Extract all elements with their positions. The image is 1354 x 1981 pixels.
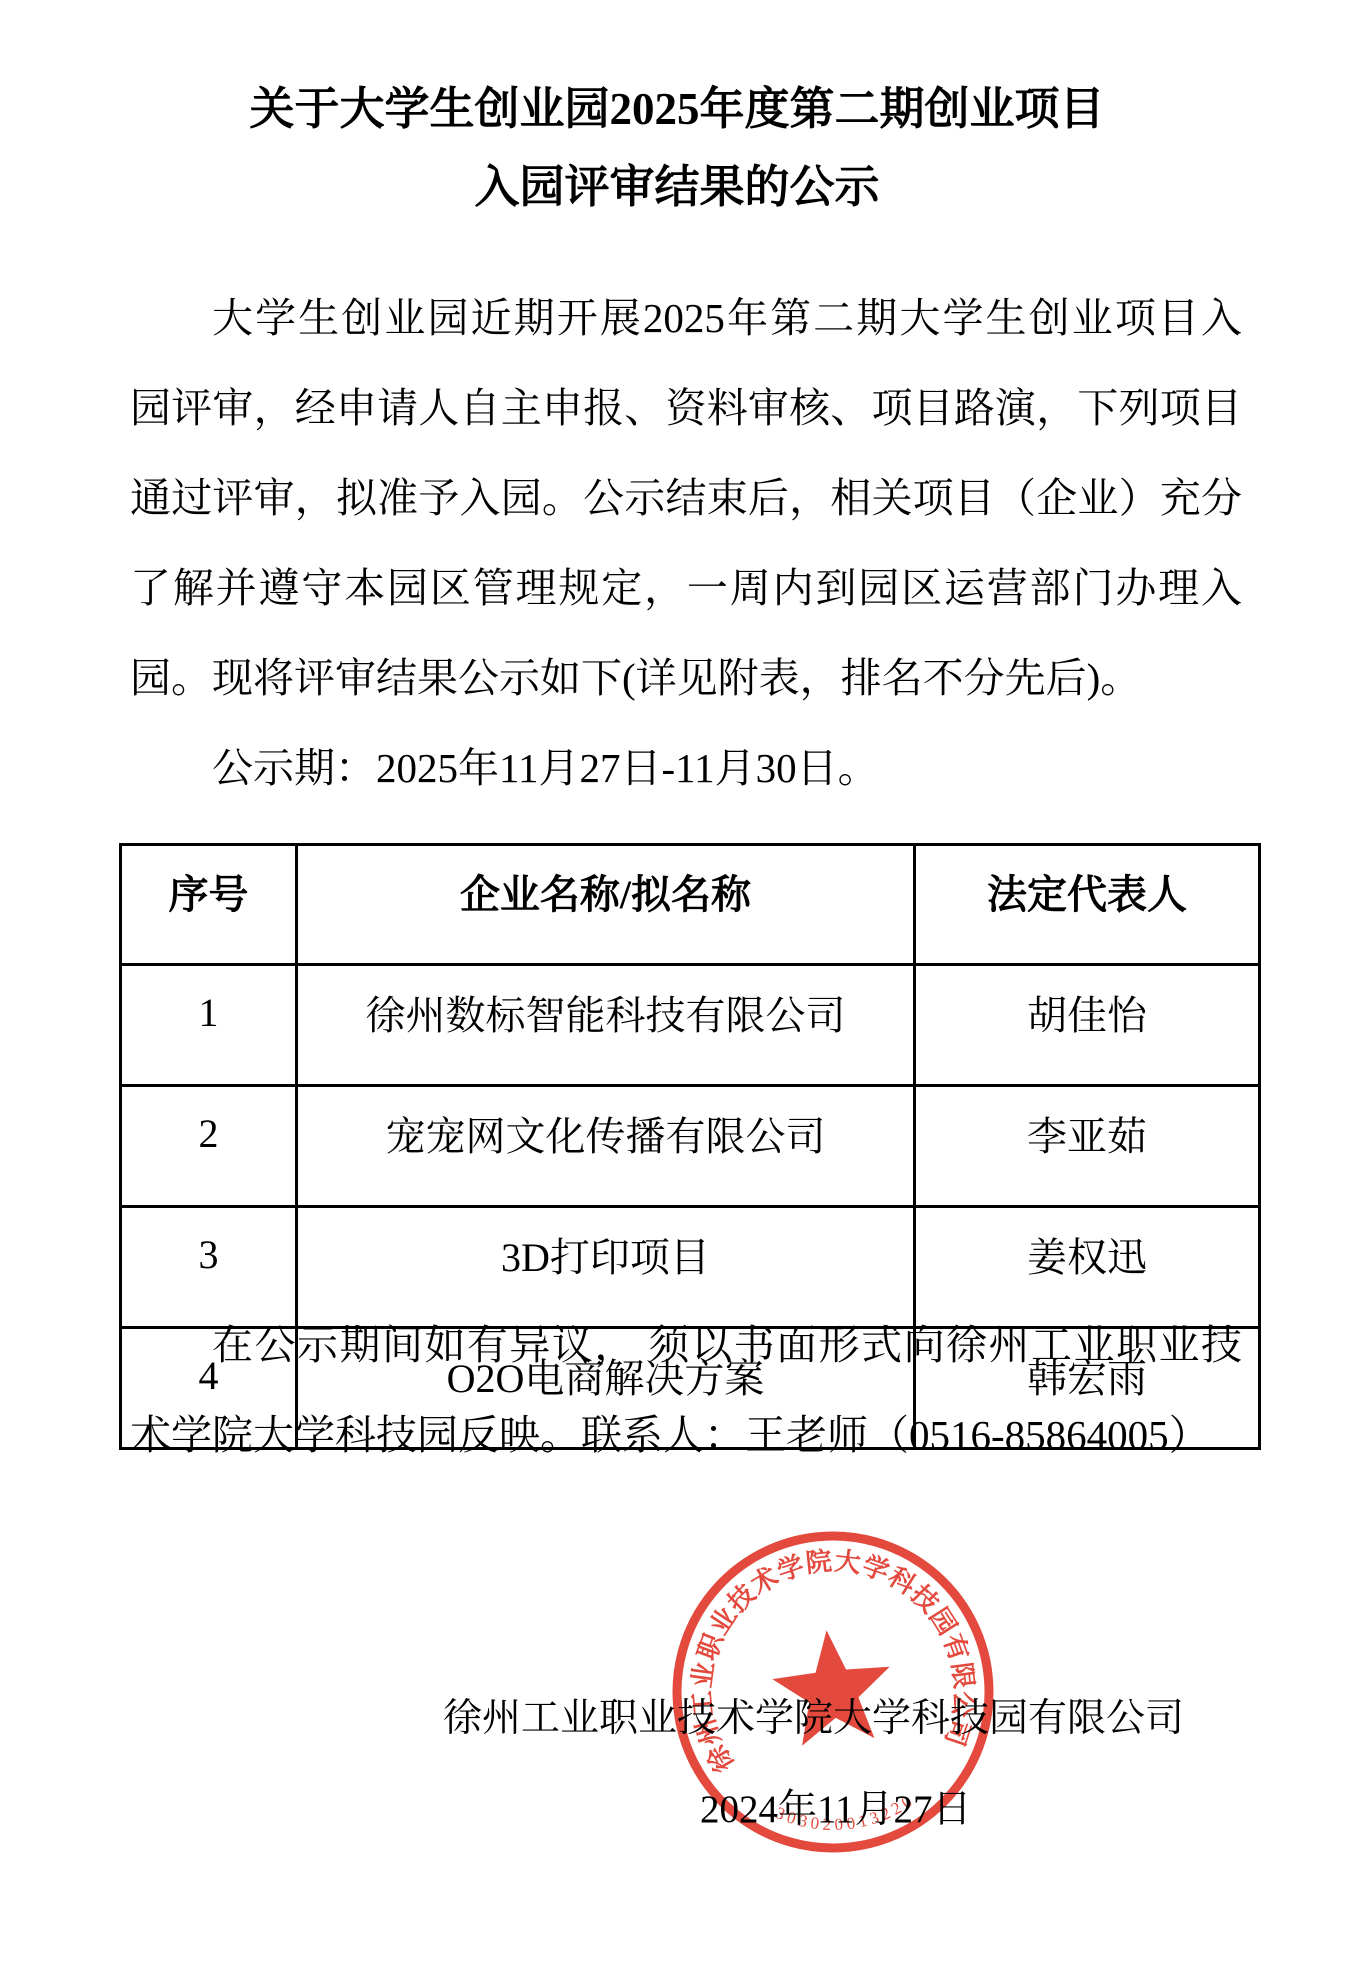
- cell-legal-representative: 李亚茹: [915, 1086, 1260, 1207]
- paragraph1-line1: 大学生创业园近期开展2025年第二期大学生创业项目入: [130, 273, 1242, 363]
- closing-line1: 在公示期间如有异议， 须以书面形式向徐州工业职业技: [130, 1300, 1242, 1390]
- announcement-document: 关于大学生创业园2025年度第二期创业项目 入园评审结果的公示 大学生创业园近期…: [0, 0, 1354, 1981]
- seal-group: 徐州工业职业技术学院大学科技园有限公司 303020013220: [663, 1522, 1003, 1862]
- title-line-2: 入园评审结果的公示: [121, 148, 1233, 226]
- table-row: 2 宠宠网文化传播有限公司 李亚茹: [121, 1086, 1260, 1207]
- title-line-1: 关于大学生创业园2025年度第二期创业项目: [121, 70, 1233, 148]
- cell-company-name: 徐州数标智能科技有限公司: [297, 965, 915, 1086]
- star-icon: [768, 1624, 897, 1748]
- page-title: 关于大学生创业园2025年度第二期创业项目 入园评审结果的公示: [121, 70, 1233, 226]
- cell-serial-number: 1: [121, 965, 297, 1086]
- publicity-period-line: 公示期：2025年11月27日-11月30日。: [130, 723, 1242, 813]
- cell-legal-representative: 胡佳怡: [915, 965, 1260, 1086]
- paragraph1-line4: 了解并遵守本园区管理规定，一周内到园区运营部门办理入: [130, 543, 1242, 633]
- closing-line2: 术学院大学科技园反映。联系人：王老师（0516-85864005）: [130, 1390, 1242, 1480]
- paragraph1-line3: 通过评审，拟准予入园。公示结束后，相关项目（企业）充分: [130, 453, 1242, 543]
- header-serial-number: 序号: [121, 845, 297, 965]
- official-seal: 徐州工业职业技术学院大学科技园有限公司 303020013220: [663, 1522, 1003, 1862]
- table-header-row: 序号 企业名称/拟名称 法定代表人: [121, 845, 1260, 965]
- cell-company-name: 宠宠网文化传播有限公司: [297, 1086, 915, 1207]
- table-row: 1 徐州数标智能科技有限公司 胡佳怡: [121, 965, 1260, 1086]
- body-paragraphs: 大学生创业园近期开展2025年第二期大学生创业项目入 园评审，经申请人自主申报、…: [130, 273, 1242, 813]
- cell-serial-number: 2: [121, 1086, 297, 1207]
- header-company-name: 企业名称/拟名称: [297, 845, 915, 965]
- closing-paragraph: 在公示期间如有异议， 须以书面形式向徐州工业职业技 术学院大学科技园反映。联系人…: [130, 1300, 1242, 1480]
- paragraph1-line5: 园。现将评审结果公示如下(详见附表，排名不分先后)。: [130, 633, 1242, 723]
- header-legal-representative: 法定代表人: [915, 845, 1260, 965]
- paragraph1-line2: 园评审，经申请人自主申报、资料审核、项目路演，下列项目: [130, 363, 1242, 453]
